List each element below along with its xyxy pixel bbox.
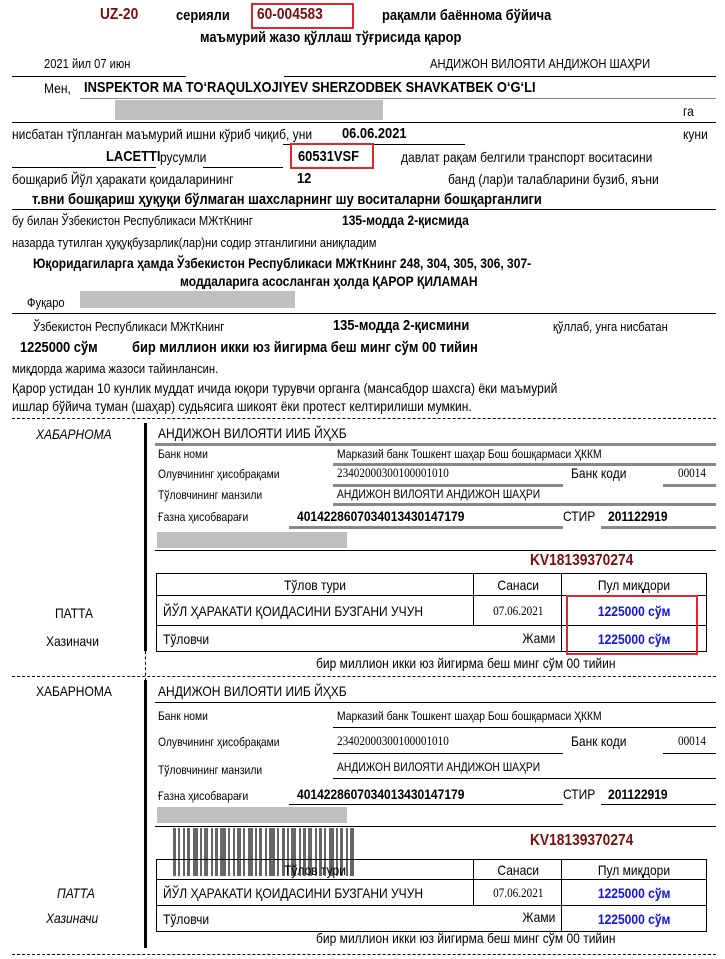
cut-line-3 — [12, 954, 716, 955]
slip2-tin-label: СТИР — [563, 786, 601, 802]
slip2-account: 23402000300100001010 — [337, 733, 467, 749]
slip1-amount-highlight — [566, 595, 698, 655]
slip2-bank-code-label: Банк коди — [571, 733, 635, 749]
slip1-bank-code-label: Банк коди — [571, 465, 635, 481]
rule-item: 12 — [297, 170, 314, 187]
slip1-amount-words: бир миллион икки юз йигирма беш минг сўм… — [316, 655, 664, 671]
slip1-treasury-label: Ғазна ҳисобварағи — [158, 510, 263, 524]
resolution-line1: Юқоридагиларга ҳамда Ўзбекистон Республи… — [33, 255, 612, 271]
resolution-line2: моддаларига асосланган ҳолда ҚАРОР ҚИЛАМ… — [180, 273, 526, 289]
slip1-cashier: Хазиначи — [46, 633, 108, 649]
slip2-payer-label: Тўловчи — [163, 911, 209, 927]
cut-line-2 — [12, 676, 716, 677]
slip2-payer-row: Тўловчи Жами — [157, 906, 562, 932]
slip1-payer-row: Тўловчи Жами — [157, 626, 562, 652]
plate-suffix: давлат рақам белгили транспорт воситасин… — [401, 149, 693, 165]
slip2-bank-code: 00014 — [678, 733, 711, 749]
fine-assigned: миқдорда жарима жазоси тайинлансин. — [12, 361, 252, 376]
slip2-payment-table: Тўлов тури Санаси Пул миқдори ЙЎЛ ҲАРАКА… — [156, 859, 707, 932]
fine-words: бир миллион икки юз йигирма беш минг сўм… — [132, 339, 534, 356]
slip1-bank-name: Марказий банк Тошкент шаҳар Бош бошқарма… — [337, 447, 645, 461]
slip2-payer-address: АНДИЖОН ВИЛОЯТИ АНДИЖОН ШАҲРИ — [337, 760, 573, 774]
slip2-payment-amount: 1225000 сўм — [562, 880, 707, 906]
slip2-payment-date: 07.06.2021 — [474, 880, 562, 906]
slip1-header-date: Санаси — [474, 574, 562, 596]
code-text: бу билан Ўзбекистон Республикаси МЖтКнин… — [12, 213, 292, 228]
slip1-divider — [144, 423, 147, 651]
violation-description: т.вни бошқариш ҳуқуқи бўлмаган шахсларни… — [32, 191, 625, 208]
slip1-header-type: Тўлов тури — [157, 574, 474, 596]
slip1-title: ХАБАРНОМА — [36, 426, 124, 442]
slip1-patta: ПАТТА — [55, 605, 99, 621]
kuni-label: куни — [683, 126, 712, 142]
rules-text: бошқариб Йўл ҳаракати қоидаларининг — [12, 171, 270, 187]
slip1-account-label: Олувчининг ҳисобрақами — [158, 467, 299, 481]
protocol-suffix: рақамли баённома бўйича — [382, 7, 579, 24]
ga-suffix: га — [683, 103, 696, 119]
appeal-line1: Қарор устидан 10 кунлик муддат ичида юқо… — [12, 380, 646, 396]
slip1-redacted — [157, 532, 347, 548]
slip2-recipient: АНДИЖОН ВИЛОЯТИ ИИБ ЙҲХБ — [158, 683, 377, 699]
document-subtitle: маъмурий жазо қўллаш тўғрисида қарор — [200, 29, 504, 46]
decision-date: 2021 йил 07 июн — [44, 56, 145, 71]
slip2-bank-name: Марказий банк Тошкент шаҳар Бош бошқарма… — [337, 709, 645, 723]
slip2-header-date: Санаси — [474, 860, 562, 880]
slip2-redacted — [157, 807, 347, 823]
slip2-payer-address-label: Тўловчининг манзили — [158, 763, 279, 777]
citizen-label: Фуқаро — [27, 295, 71, 310]
slip1-total-label: Жами — [517, 630, 555, 646]
slip1-payer-address-label: Тўловчининг манзили — [158, 488, 279, 502]
slip1-tin: 201122919 — [608, 508, 677, 524]
slip2-divider — [144, 680, 147, 948]
slip2-total: 1225000 сўм — [562, 906, 707, 932]
case-text: нисбатан тўпланган маъмурий ишни кўриб ч… — [12, 126, 361, 142]
slip2-title: ХАБАРНОМА — [36, 683, 124, 699]
slip2-header-type: Тўлов тури — [157, 860, 474, 880]
officer-name: INSPEKTOR MA TO‘RAQULXOJIYEV SHERZODBEK … — [84, 79, 609, 96]
slip1-account: 23402000300100001010 — [337, 465, 467, 481]
apply-article: 135-модда 2-қисмини — [333, 317, 491, 334]
slip2-total-label: Жами — [517, 909, 555, 925]
code-article: 135-модда 2-қисмида — [342, 212, 490, 228]
violation-date: 06.06.2021 — [342, 125, 417, 142]
slip1-header-amount: Пул миқдори — [562, 574, 707, 596]
slip2-account-label: Олувчининг ҳисобрақами — [158, 735, 299, 749]
fine-amount: 1225000 сўм — [20, 339, 110, 356]
slip1-payment-date: 07.06.2021 — [474, 596, 562, 626]
slip2-treasury-account: 4014228607034013430147179 — [297, 786, 492, 802]
slip1-bank-name-label: Банк номи — [158, 447, 216, 461]
slip1-payer-label: Тўловчи — [163, 631, 209, 647]
slip1-bank-code: 00014 — [678, 465, 711, 481]
appeal-line2: ишлар бўйича туман (шаҳар) судьясига шик… — [12, 398, 547, 414]
cut-line — [12, 418, 716, 419]
slip2-payment-type: ЙЎЛ ҲАРАКАТИ ҚОИДАСИНИ БУЗГАНИ УЧУН — [157, 880, 474, 906]
slip2-bank-name-label: Банк номи — [158, 709, 216, 723]
slip2-header-amount: Пул миқдори — [562, 860, 707, 880]
slip1-treasury-account: 4014228607034013430147179 — [297, 508, 492, 524]
series-prefix: UZ-20 — [100, 6, 144, 24]
slip2-treasury-label: Ғазна ҳисобварағи — [158, 789, 263, 803]
model-label: русумли — [160, 149, 214, 165]
redacted-name — [115, 100, 383, 120]
decision-location: АНДИЖОН ВИЛОЯТИ АНДИЖОН ШАҲРИ — [430, 56, 686, 71]
i-label: Мен, — [44, 80, 75, 96]
slip2-tin: 201122919 — [608, 786, 677, 802]
rules-suffix: банд (лар)и талабларини бузиб, яъни — [448, 171, 693, 187]
slip1-recipient: АНДИЖОН ВИЛОЯТИ ИИБ ЙҲХБ — [158, 425, 377, 441]
slip2-cashier: Хазиначи — [46, 910, 107, 926]
protocol-number: 60-004583 — [257, 6, 334, 24]
redacted-citizen — [80, 291, 295, 308]
slip1-payment-type: ЙЎЛ ҲАРАКАТИ ҚОИДАСИНИ БУЗГАНИ УЧУН — [157, 596, 474, 626]
apply-code-text: Ўзбекистон Республикаси МЖтКнинг — [33, 319, 255, 334]
slip1-invoice-id: KV18139370274 — [530, 552, 650, 570]
slip2-amount-words: бир миллион икки юз йигирма беш минг сўм… — [316, 930, 664, 946]
series-label: серияли — [176, 7, 239, 24]
slip2-invoice-id: KV18139370274 — [530, 832, 650, 850]
established-text: назарда тутилган ҳуқуқбузарлик(лар)ни со… — [12, 235, 436, 250]
slip1-payer-address: АНДИЖОН ВИЛОЯТИ АНДИЖОН ШАҲРИ — [337, 487, 573, 501]
slip1-tin-label: СТИР — [563, 508, 601, 524]
slip2-patta: ПАТТА — [57, 885, 101, 901]
plate-number: 60531VSF — [298, 148, 369, 165]
apply-suffix: қўллаб, унга нисбатан — [553, 319, 687, 334]
